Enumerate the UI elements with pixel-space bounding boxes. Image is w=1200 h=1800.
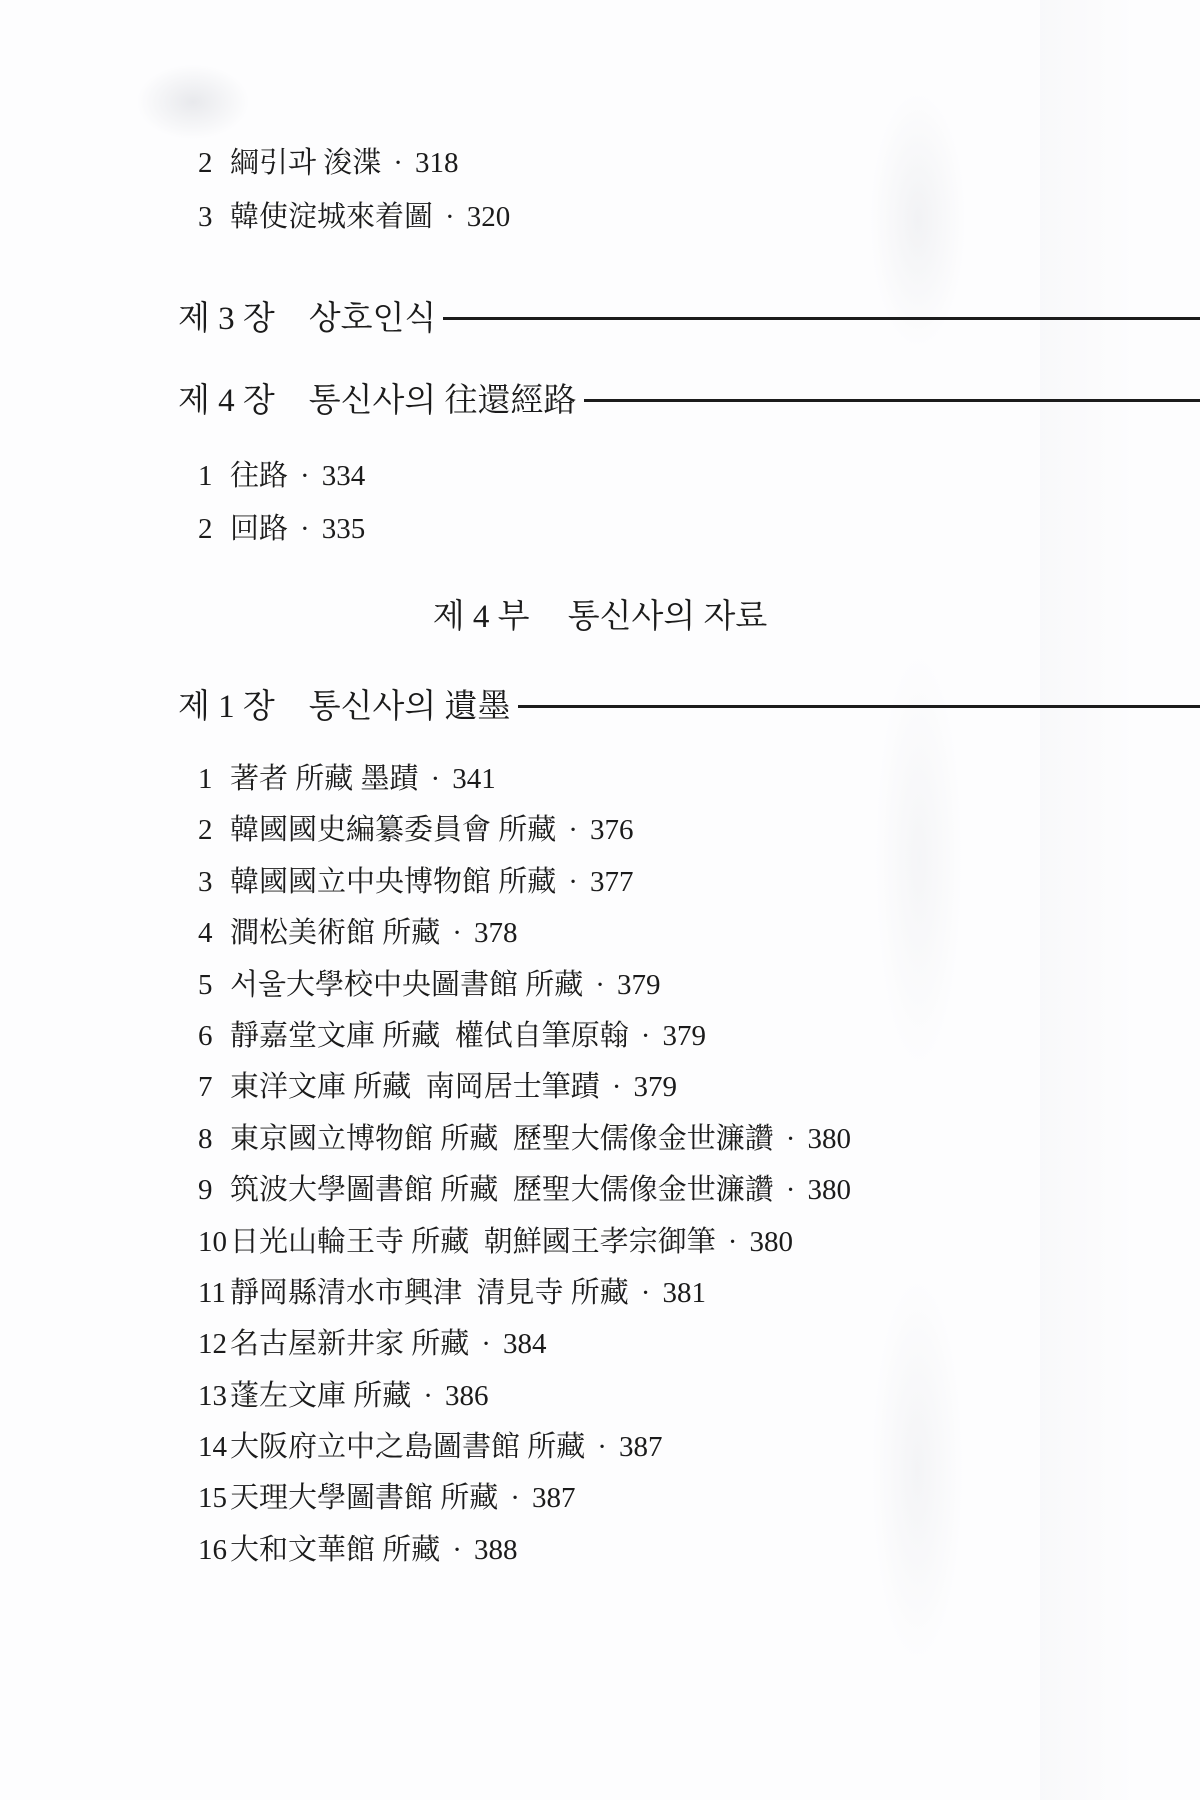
item-title: 서울大學校中央圖書館 所藏: [230, 960, 583, 1011]
part-label: 제 4 부: [433, 599, 530, 635]
item-number: 2: [198, 805, 230, 856]
page-number: 380: [807, 1165, 851, 1216]
dot-separator: ·: [641, 1268, 651, 1319]
item-number: 16: [198, 1525, 230, 1576]
page-number: 377: [590, 857, 634, 908]
page-number: 380: [749, 1217, 793, 1268]
dot-separator: ·: [300, 450, 310, 503]
dot-separator: ·: [568, 805, 578, 856]
dot-separator: ·: [445, 190, 455, 244]
toc-prelude-items: 2 綱引과 浚渫 · 318 3 韓使淀城來着圖 · 320: [0, 136, 1200, 244]
toc-item-row: 5 서울大學校中央圖書館 所藏 · 379: [0, 960, 1200, 1011]
toc-collection-items: 1 著者 所藏 墨蹟 · 341 2 韓國國史編纂委員會 所藏 · 376 3 …: [0, 754, 1200, 1576]
chapter-title: 통신사의 遺墨: [309, 680, 511, 727]
toc-item-row: 4 澗松美術館 所藏 · 378: [0, 908, 1200, 959]
toc-item-row: 3 韓使淀城來着圖 · 320: [0, 190, 1200, 244]
item-title: 天理大學圖書館 所藏: [230, 1473, 498, 1524]
dot-separator: ·: [641, 1011, 651, 1062]
dot-separator: ·: [510, 1473, 520, 1524]
page-number: 387: [619, 1422, 663, 1473]
dot-separator: ·: [728, 1217, 738, 1268]
toc-item-row: 1 往路 · 334: [0, 450, 1200, 503]
toc-item-row: 16 大和文華館 所藏 · 388: [0, 1525, 1200, 1576]
toc-item-row: 6 靜嘉堂文庫 所藏 權侙自筆原翰 · 379: [0, 1011, 1200, 1062]
item-number: 12: [198, 1319, 230, 1370]
page-number: 384: [503, 1319, 547, 1370]
dot-separator: ·: [595, 960, 605, 1011]
item-title: 蓬左文庫 所藏: [230, 1371, 411, 1422]
leader-line: [584, 399, 1200, 402]
item-number: 11: [198, 1268, 230, 1319]
toc-item-row: 13 蓬左文庫 所藏 · 386: [0, 1371, 1200, 1422]
item-title: 綱引과 浚渫: [230, 136, 381, 190]
item-title: 大和文華館 所藏: [230, 1525, 440, 1576]
dot-separator: ·: [568, 857, 578, 908]
toc-item-row: 12 名古屋新井家 所藏 · 384: [0, 1319, 1200, 1370]
toc-chapter-row: 제 3 장 상호인식 325: [0, 288, 1200, 342]
item-title: 大阪府立中之島圖書館 所藏: [230, 1422, 585, 1473]
item-number: 15: [198, 1473, 230, 1524]
item-title: 靜岡縣清水市興津 清見寺 所藏: [230, 1268, 629, 1319]
dot-separator: ·: [612, 1062, 622, 1113]
dot-separator: ·: [786, 1165, 796, 1216]
toc-item-row: 1 著者 所藏 墨蹟 · 341: [0, 754, 1200, 805]
toc-item-row: 11 靜岡縣清水市興津 清見寺 所藏 · 381: [0, 1268, 1200, 1319]
page-number: 376: [590, 805, 634, 856]
page-number: 334: [322, 450, 366, 503]
item-title: 澗松美術館 所藏: [230, 908, 440, 959]
item-title: 韓國國史編纂委員會 所藏: [230, 805, 556, 856]
toc-chapter-row: 제 4 장 통신사의 往還經路 334: [0, 370, 1200, 424]
toc-item-row: 7 東洋文庫 所藏 南岡居士筆蹟 · 379: [0, 1062, 1200, 1113]
item-number: 3: [198, 190, 230, 244]
chapter-label: 제 4 장: [178, 374, 275, 421]
toc-item-row: 9 筑波大學圖書館 所藏 歷聖大儒像金世濂讚 · 380: [0, 1165, 1200, 1216]
page-number: 341: [452, 754, 496, 805]
item-number: 5: [198, 960, 230, 1011]
item-title: 韓國國立中央博物館 所藏: [230, 857, 556, 908]
dot-separator: ·: [300, 503, 310, 556]
page-number: 381: [662, 1268, 706, 1319]
dot-separator: ·: [423, 1371, 433, 1422]
page-number: 387: [532, 1473, 576, 1524]
toc-route-items: 1 往路 · 334 2 回路 · 335: [0, 450, 1200, 556]
item-title: 著者 所藏 墨蹟: [230, 754, 419, 805]
dot-separator: ·: [452, 908, 462, 959]
chapter-title: 통신사의 往還經路: [309, 374, 577, 421]
page-number: 318: [415, 136, 459, 190]
leader-line: [518, 705, 1200, 708]
item-number: 2: [198, 503, 230, 556]
leader-line: [443, 317, 1200, 320]
toc-item-row: 2 韓國國史編纂委員會 所藏 · 376: [0, 805, 1200, 856]
item-title: 筑波大學圖書館 所藏 歷聖大儒像金世濂讚: [230, 1165, 774, 1216]
dot-separator: ·: [431, 754, 441, 805]
item-number: 3: [198, 857, 230, 908]
item-title: 東洋文庫 所藏 南岡居士筆蹟: [230, 1062, 600, 1113]
toc-item-row: 15 天理大學圖書館 所藏 · 387: [0, 1473, 1200, 1524]
item-title: 靜嘉堂文庫 所藏 權侙自筆原翰: [230, 1011, 629, 1062]
item-number: 6: [198, 1011, 230, 1062]
page-number: 388: [474, 1525, 518, 1576]
dot-separator: ·: [452, 1525, 462, 1576]
item-title: 名古屋新井家 所藏: [230, 1319, 469, 1370]
toc-item-row: 10 日光山輪王寺 所藏 朝鮮國王孝宗御筆 · 380: [0, 1217, 1200, 1268]
toc-item-row: 3 韓國國立中央博物館 所藏 · 377: [0, 857, 1200, 908]
page-number: 380: [807, 1114, 851, 1165]
item-number: 13: [198, 1371, 230, 1422]
dot-separator: ·: [786, 1114, 796, 1165]
item-number: 8: [198, 1114, 230, 1165]
page-number: 386: [445, 1371, 489, 1422]
chapter-title: 상호인식: [309, 292, 437, 339]
toc-item-row: 2 綱引과 浚渫 · 318: [0, 136, 1200, 190]
toc-item-row: 14 大阪府立中之島圖書館 所藏 · 387: [0, 1422, 1200, 1473]
item-title: 東京國立博物館 所藏 歷聖大儒像金世濂讚: [230, 1114, 774, 1165]
item-number: 14: [198, 1422, 230, 1473]
toc-item-row: 8 東京國立博物館 所藏 歷聖大儒像金世濂讚 · 380: [0, 1114, 1200, 1165]
item-number: 10: [198, 1217, 230, 1268]
item-title: 回路: [230, 503, 288, 556]
page-number: 378: [474, 908, 518, 959]
scanned-toc-page: 2 綱引과 浚渫 · 318 3 韓使淀城來着圖 · 320 제 3 장 상호인…: [0, 0, 1200, 1800]
page-number: 379: [617, 960, 661, 1011]
toc-chapter-row: 제 1 장 통신사의 遺墨 339: [0, 676, 1200, 730]
item-number: 2: [198, 136, 230, 190]
part-heading: 제 4 부 통신사의 자료: [0, 590, 1200, 644]
page-number: 379: [662, 1011, 706, 1062]
page-number: 320: [467, 190, 511, 244]
chapter-label: 제 3 장: [178, 292, 275, 339]
item-number: 1: [198, 450, 230, 503]
item-number: 9: [198, 1165, 230, 1216]
item-number: 1: [198, 754, 230, 805]
item-title: 日光山輪王寺 所藏 朝鮮國王孝宗御筆: [230, 1217, 716, 1268]
page-number: 335: [322, 503, 366, 556]
dot-separator: ·: [393, 136, 403, 190]
item-number: 7: [198, 1062, 230, 1113]
item-title: 往路: [230, 450, 288, 503]
part-title: 통신사의 자료: [568, 599, 768, 635]
dot-separator: ·: [481, 1319, 491, 1370]
dot-separator: ·: [597, 1422, 607, 1473]
page-number: 379: [633, 1062, 677, 1113]
item-title: 韓使淀城來着圖: [230, 190, 433, 244]
chapter-label: 제 1 장: [178, 680, 275, 727]
toc-item-row: 2 回路 · 335: [0, 503, 1200, 556]
item-number: 4: [198, 908, 230, 959]
